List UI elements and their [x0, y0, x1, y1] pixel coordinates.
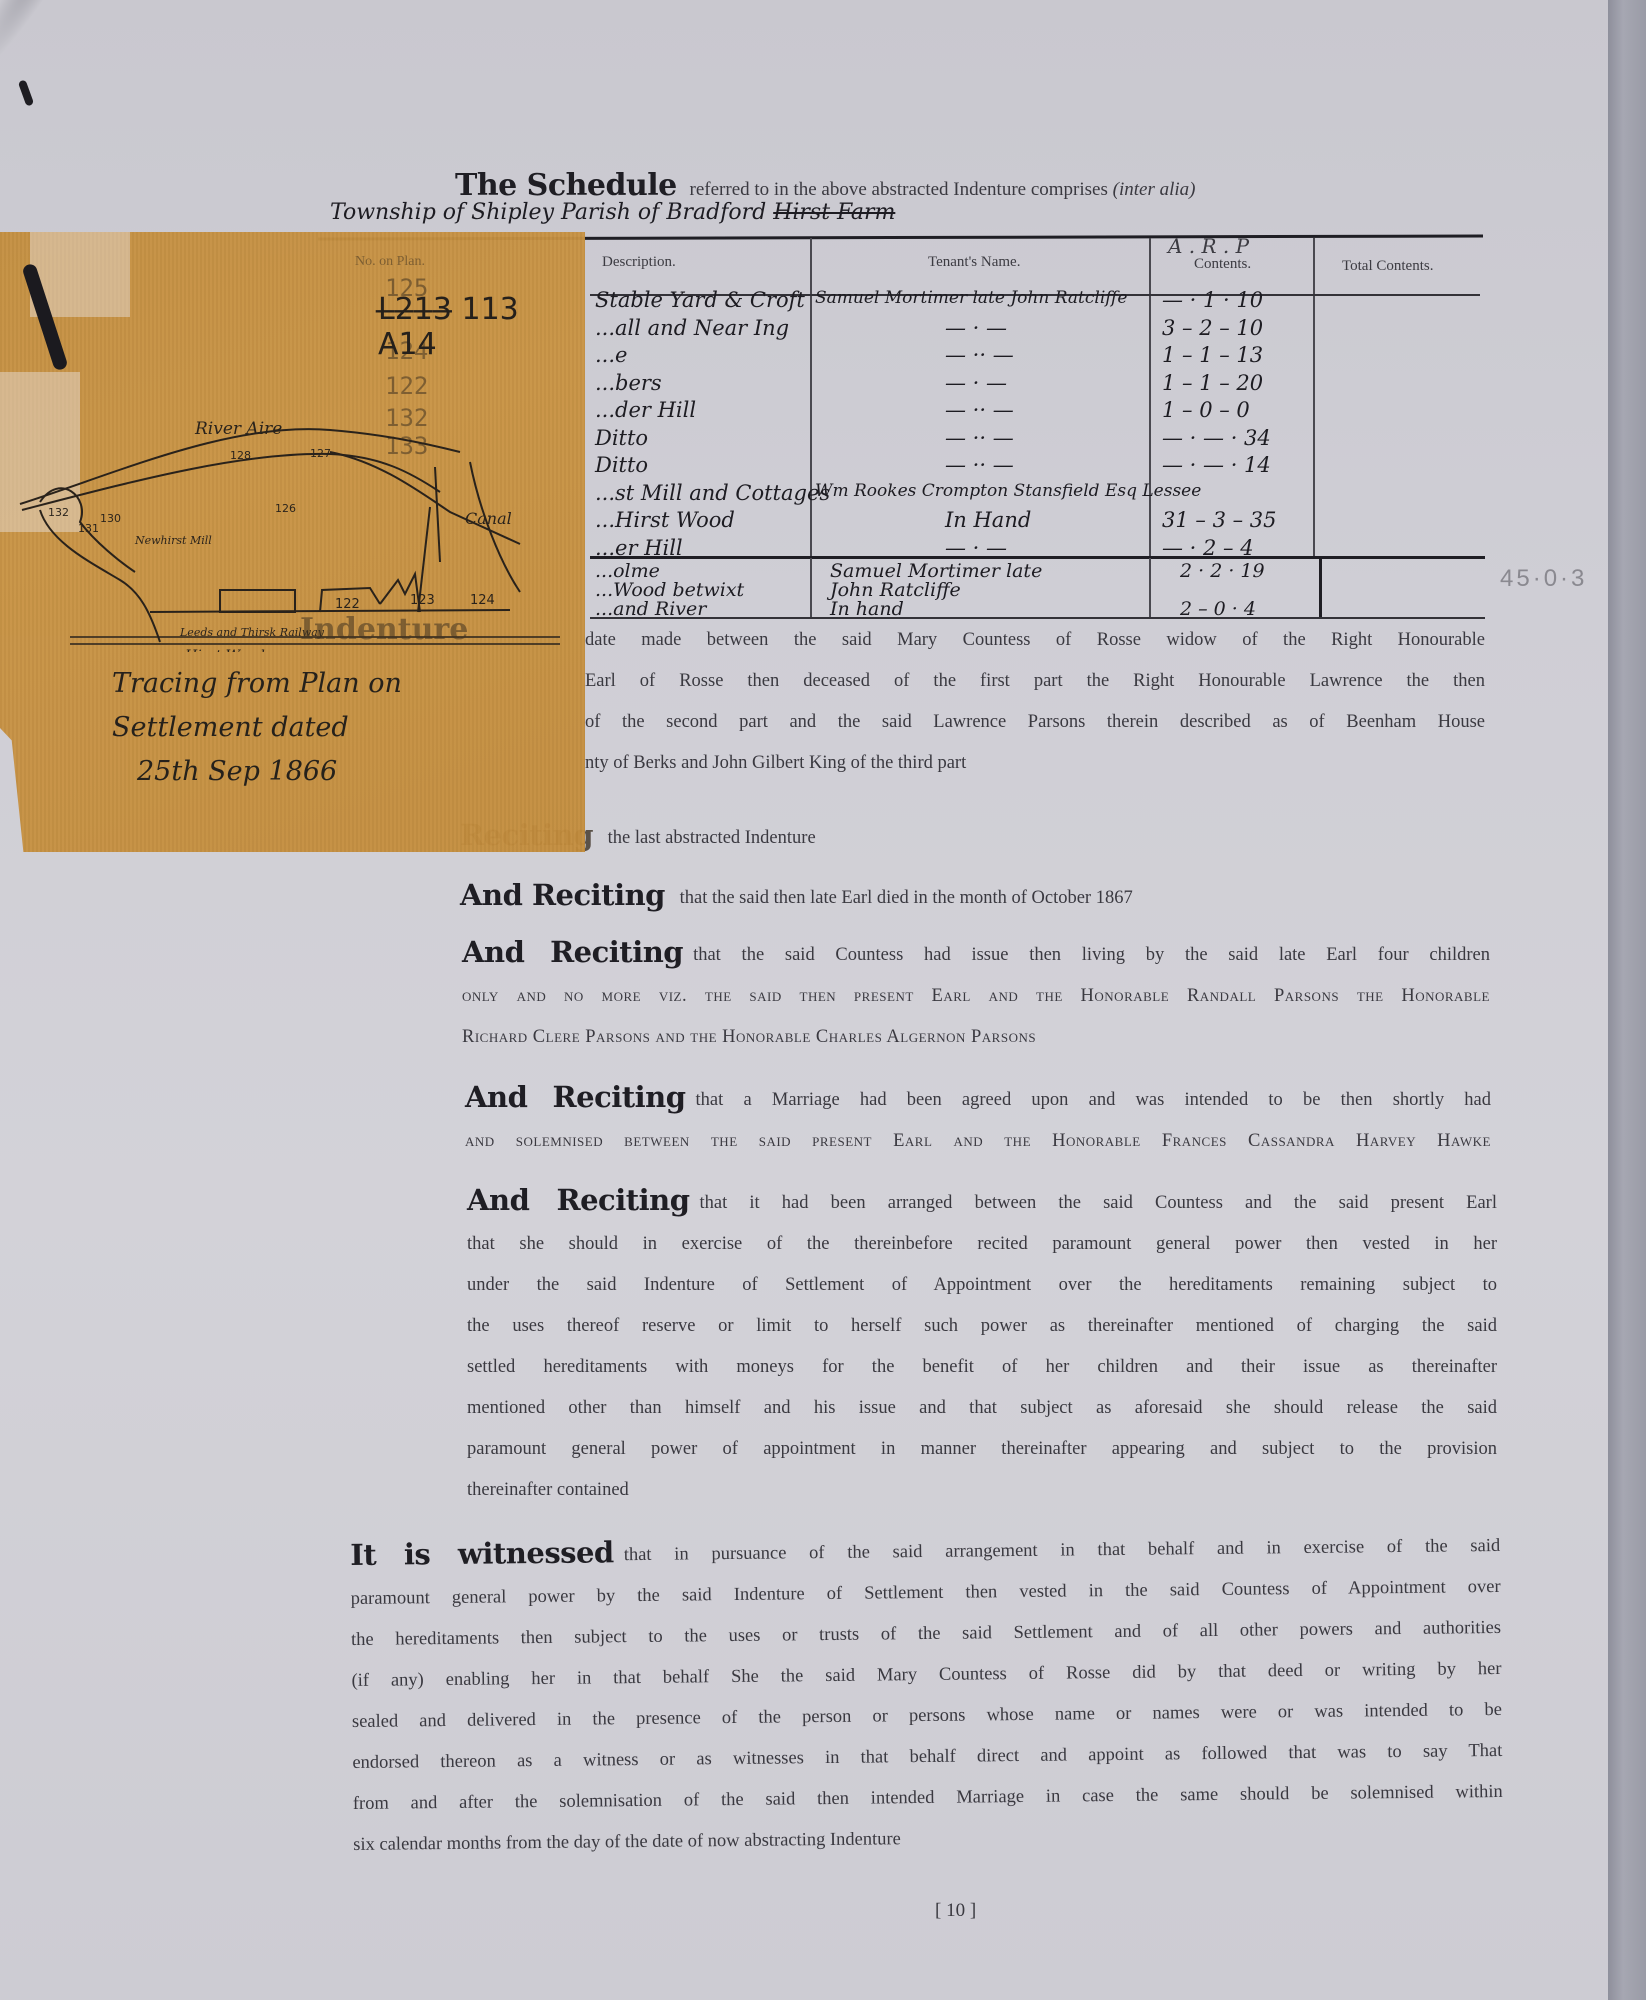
ink-speck	[18, 79, 34, 106]
text-line: that a Marriage had been agreed upon and…	[696, 1090, 1491, 1110]
handwritten-township: Township of Shipley Parish of Bradford H…	[330, 200, 895, 225]
witnessed-paragraph: It is witnessedthat in pursuance of the …	[350, 1523, 1503, 1866]
text-line: nty of Berks and John Gilbert King of th…	[585, 743, 1485, 784]
witnessed-lead: It is witnessed	[350, 1535, 614, 1572]
plot-label: 131	[78, 522, 99, 535]
row-contents: 1 – 1 – 13	[1162, 343, 1263, 367]
document-page: The Schedule referred to in the above ab…	[0, 0, 1608, 2000]
row-description: ...st Mill and Cottages	[595, 481, 830, 505]
reciting-lead: And Reciting	[467, 1183, 689, 1217]
text-line: that in pursuance of the said arrangemen…	[624, 1536, 1501, 1565]
header-total: Total Contents.	[1342, 258, 1433, 275]
header-units: A . R . P	[1168, 234, 1249, 258]
column-divider	[1319, 558, 1322, 618]
text-line: Earl of Rosse then deceased of the first…	[585, 661, 1485, 702]
margin-total-note: 45·0·3	[1500, 565, 1587, 593]
page-edge	[1608, 0, 1646, 2000]
table-mid-rule	[590, 556, 1485, 559]
reciting-lead: And Reciting	[462, 935, 683, 969]
row-tenant: — ·· —	[945, 426, 1014, 450]
plot-label: 122	[335, 597, 360, 612]
row-tenant: Samuel Mortimer late John Ratcliffe	[815, 288, 1127, 308]
row-tenant: Wm Rookes Crompton Stansfield Esq Lessee	[815, 481, 1201, 501]
column-divider	[810, 238, 812, 558]
indenture-paragraph: date made between the said Mary Countess…	[585, 620, 1485, 784]
plot-label: 126	[275, 502, 296, 515]
header-no-on-plan: No. on Plan.	[355, 254, 425, 270]
row-description: Ditto	[595, 426, 648, 450]
plot-label: 128	[230, 449, 251, 462]
header-tenant: Tenant's Name.	[928, 254, 1020, 271]
row-contents: 1 – 1 – 20	[1162, 371, 1263, 395]
row-contents: 1 – 0 – 0	[1162, 398, 1250, 422]
map-label-wood: Hirst Wood	[184, 648, 265, 652]
row-description: ...der Hill	[595, 398, 696, 422]
plot-label: 123	[410, 593, 435, 608]
row-tenant: — ·· —	[945, 343, 1014, 367]
text-line: that it had been arranged between the sa…	[699, 1193, 1497, 1213]
reciting-paragraph-3: And Recitingthat the said Countess had i…	[462, 932, 1490, 1058]
schedule-intro: referred to in the above abstracted Inde…	[690, 179, 1108, 200]
schedule-intro-italic: (inter alia)	[1113, 179, 1196, 200]
text-line: that the said Countess had issue then li…	[693, 945, 1490, 965]
text-line: under the said Indenture of Settlement o…	[467, 1265, 1497, 1306]
plot-label: 124	[470, 593, 495, 608]
row-description: ...all and Near Ing	[595, 316, 789, 340]
text-line: date made between the said Mary Countess…	[585, 620, 1485, 661]
plan-number-handwritten: L̶2̶1̶3̶ 113 A14	[378, 292, 585, 362]
reciting-paragraph-2: And Reciting that the said then late Ear…	[460, 875, 1490, 919]
struck-text: Hirst Farm	[773, 200, 895, 225]
text-line: settled hereditaments with moneys for th…	[467, 1347, 1497, 1388]
row-tenant: In Hand	[945, 508, 1031, 532]
table-bottom-rule	[590, 617, 1485, 619]
page-number: [ 10 ]	[935, 1900, 976, 1922]
text-line: the uses thereof reserve or limit to her…	[467, 1306, 1497, 1347]
sketch-map: River Aire Canal Newhirst Mill Leeds and…	[0, 412, 585, 652]
column-divider	[1313, 238, 1315, 558]
row-description: ...bers	[595, 371, 662, 395]
map-label-mill: Newhirst Mill	[134, 534, 212, 547]
reciting-lead: And Reciting	[465, 1080, 686, 1114]
plot-label: 130	[100, 512, 121, 525]
text-line: paramount general power of appointment i…	[467, 1429, 1497, 1470]
plot-label: 132	[48, 506, 69, 519]
row-description: ...e	[595, 343, 627, 367]
header-description: Description.	[602, 254, 676, 271]
text-line: only and no more viz. the said then pres…	[462, 976, 1490, 1017]
bleed-through-indenture: Indenture	[300, 612, 468, 647]
column-divider	[1149, 238, 1151, 558]
text-line: and solemnised between the said present …	[465, 1121, 1491, 1162]
row-description: ...Hirst Wood	[595, 508, 735, 532]
text-line: that she should in exercise of the there…	[467, 1224, 1497, 1265]
plan-number: 122	[385, 372, 428, 400]
row-contents: 3 – 2 – 10	[1162, 316, 1263, 340]
row-tenant: — ·· —	[945, 398, 1014, 422]
tracing-paper-overlay: No. on Plan.125124122132133 L̶2̶1̶3̶ 113…	[0, 232, 585, 852]
map-label-river: River Aire	[194, 419, 282, 439]
schedule-heading: The Schedule referred to in the above ab…	[455, 168, 1195, 203]
text-line: Richard Clere Parsons and the Honorable …	[462, 1017, 1490, 1058]
row-contents: — · — · 34	[1162, 426, 1271, 450]
map-label-canal: Canal	[465, 509, 512, 528]
text-line: mentioned other than himself and his iss…	[467, 1388, 1497, 1429]
row-tenant: — ·· —	[945, 453, 1014, 477]
text-line: of the second part and the said Lawrence…	[585, 702, 1485, 743]
reciting-paragraph-4: And Recitingthat a Marriage had been agr…	[465, 1077, 1491, 1162]
column-divider	[1149, 558, 1151, 618]
plot-label: 127	[310, 447, 331, 460]
text-line: thereinafter contained	[467, 1470, 1497, 1511]
header-contents: Contents.	[1194, 256, 1251, 273]
row-tenant: — · —	[945, 371, 1007, 395]
text-line: the last abstracted Indenture	[608, 828, 816, 848]
row-contents: — · 1 · 10	[1162, 288, 1263, 312]
row-description: Ditto	[595, 453, 648, 477]
column-divider	[810, 558, 812, 618]
schedule-title: The Schedule	[455, 168, 677, 203]
row-contents: 31 – 3 – 35	[1162, 508, 1277, 532]
reciting-lead: And Reciting	[460, 878, 665, 912]
row-description: Stable Yard & Croft	[595, 288, 805, 312]
row-contents: — · — · 14	[1162, 453, 1271, 477]
reciting-paragraph-5: And Recitingthat it had been arranged be…	[467, 1180, 1497, 1511]
tracing-note: Tracing from Plan on Settlement dated 25…	[112, 662, 402, 794]
tracing-note-line: Tracing from Plan on	[112, 662, 402, 706]
tracing-note-line: 25th Sep 1866	[112, 750, 402, 794]
tracing-note-line: Settlement dated	[112, 706, 402, 750]
page-fold-shadow	[0, 0, 132, 81]
township-text: Township of Shipley Parish of Bradford	[330, 200, 766, 225]
row-tenant: — · —	[945, 316, 1007, 340]
text-line: that the said then late Earl died in the…	[680, 888, 1133, 908]
footer-row-contents: 2 · 2 · 19	[1180, 560, 1265, 582]
